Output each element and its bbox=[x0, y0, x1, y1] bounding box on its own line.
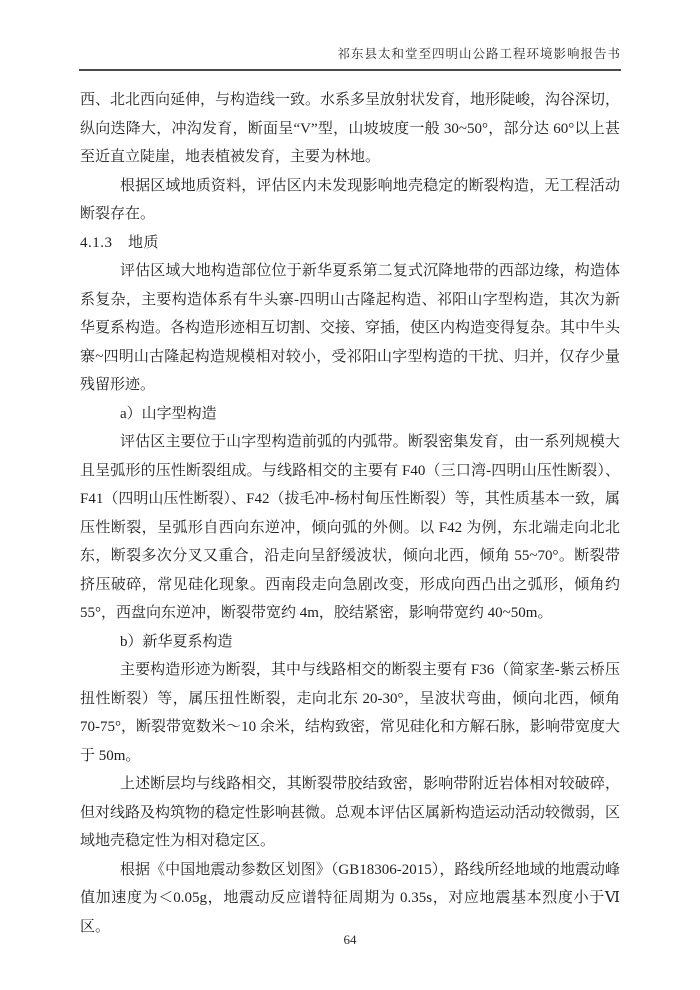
paragraph-seismic-parameters: 根据《中国地震动参数区划图》（GB18306-2015），路线所经地域的地震动峰… bbox=[80, 856, 620, 942]
paragraph-regional-geology-summary: 根据区域地质资料，评估区内未发现影响地壳稳定的断裂构造，无工程活动断裂存在。 bbox=[80, 172, 620, 229]
paragraph-tectonic-setting: 评估区域大地构造部位位于新华夏系第二复式沉降地带的西部边缘，构造体系复杂，主要构… bbox=[80, 257, 620, 400]
page-header: 祁东县太和堂至四明山公路工程环境影响报告书 bbox=[79, 44, 621, 71]
document-page: 祁东县太和堂至四明山公路工程环境影响报告书 西、北北西向延伸，与构造线一致。水系… bbox=[0, 0, 700, 990]
page-footer: 64 bbox=[0, 932, 700, 948]
subheading-b-neocathaysian-structure: b）新华夏系构造 bbox=[80, 628, 620, 657]
report-title: 祁东县太和堂至四明山公路工程环境影响报告书 bbox=[337, 47, 621, 61]
document-body: 西、北北西向延伸，与构造线一致。水系多呈放射状发育，地形陡峻，沟谷深切，纵向迭降… bbox=[80, 86, 620, 941]
page-number: 64 bbox=[344, 932, 357, 947]
paragraph-neocathaysian-structure-detail: 主要构造形迹为断裂，其中与线路相交的断裂主要有 F36（简家垄-紫云桥压扭性断裂… bbox=[80, 656, 620, 770]
paragraph-shan-type-structure-detail: 评估区主要位于山字型构造前弧的内弧带。断裂密集发育，由一系列规模大且呈弧形的压性… bbox=[80, 428, 620, 628]
section-heading-4-1-3-geology: 4.1.3 地质 bbox=[80, 229, 620, 258]
paragraph-fault-stability-conclusion: 上述断层均与线路相交，其断裂带胶结致密，影响带附近岩体相对较破碎，但对线路及构筑… bbox=[80, 770, 620, 856]
paragraph-terrain-continuation: 西、北北西向延伸，与构造线一致。水系多呈放射状发育，地形陡峻，沟谷深切，纵向迭降… bbox=[80, 86, 620, 172]
subheading-a-shan-type-structure: a）山字型构造 bbox=[80, 400, 620, 429]
